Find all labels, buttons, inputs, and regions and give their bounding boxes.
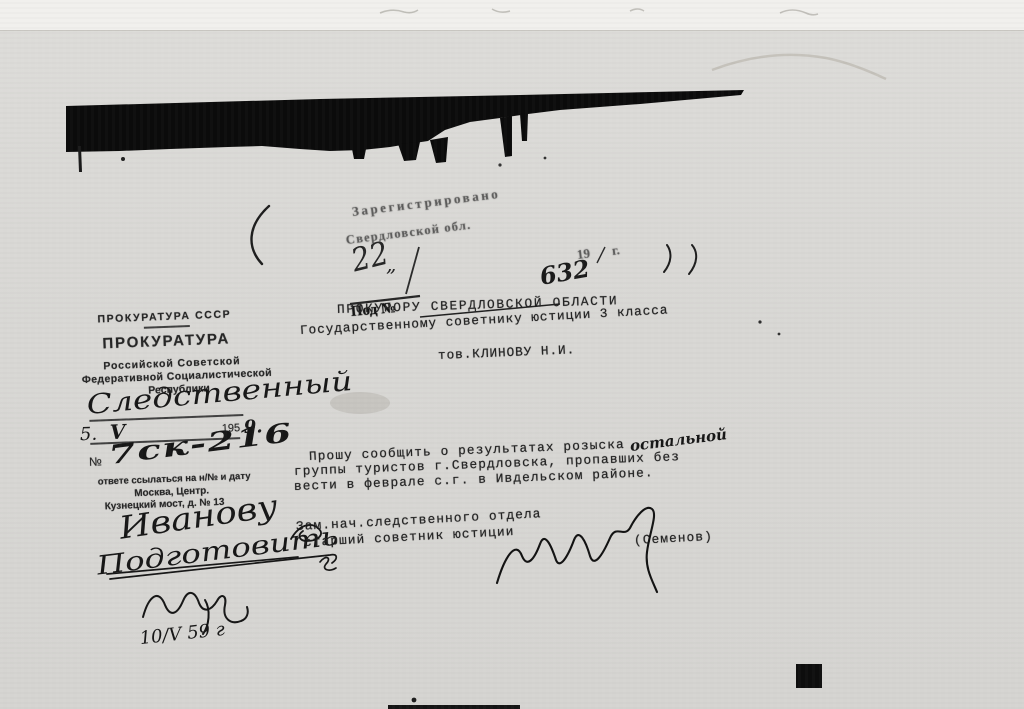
recipient-line3: тов.КЛИНОВУ Н.И. (438, 342, 576, 363)
reply-reference-note: ответе ссылаться на н/№ и дату (98, 471, 251, 488)
handwritten-big-paren (252, 206, 269, 264)
handwritten-paren-1 (664, 245, 670, 272)
letterhead-org-name: ПРОКУРАТУРА (102, 330, 230, 352)
wedge-drip-1 (430, 137, 448, 163)
bottom-edge-line (388, 705, 520, 709)
right-speck-1 (758, 320, 761, 323)
handwritten-case-number: 7ск-216 (107, 418, 295, 471)
registration-stamp-line1: Зарегистрировано (351, 186, 501, 220)
black-wedge-artifact (66, 90, 744, 152)
wedge-drip-3 (500, 116, 512, 157)
registration-stamp-year-suffix: г. (611, 242, 621, 259)
wedge-speck-3 (544, 157, 547, 160)
bottom-dot (412, 698, 417, 703)
scan-top-strip (0, 0, 1024, 31)
handwritten-resolution-date: 10/V 59 г (139, 619, 226, 649)
wedge-drip-4 (520, 113, 528, 141)
pencil-arc (712, 55, 886, 79)
handwritten-registration-number: 632 (537, 254, 591, 291)
wedge-speck-2 (498, 163, 501, 166)
wedge-left-tick (78, 146, 82, 172)
black-square-artifact (796, 664, 822, 688)
scanned-document-page: ПРОКУРАТУРА СССР ПРОКУРАТУРА Российской … (0, 0, 1024, 709)
signer-name: (Семенов) (634, 529, 714, 548)
right-speck-2 (778, 333, 781, 336)
letterhead-ussr-line: ПРОКУРАТУРА СССР (97, 308, 231, 325)
wedge-speck-1 (121, 157, 125, 161)
handwritten-quote-mark: „ (386, 252, 396, 276)
wedge-drip-2 (398, 142, 420, 161)
letterhead-underline (144, 325, 190, 329)
stamp-slash-mark (406, 247, 419, 294)
letterhead-block: ПРОКУРАТУРА СССР ПРОКУРАТУРА Российской … (71, 298, 313, 674)
stamp-year-tick (597, 247, 605, 263)
handwritten-paren-2 (689, 245, 696, 274)
wedge-drip-5 (352, 149, 366, 159)
printed-number-sign: № (89, 454, 102, 468)
